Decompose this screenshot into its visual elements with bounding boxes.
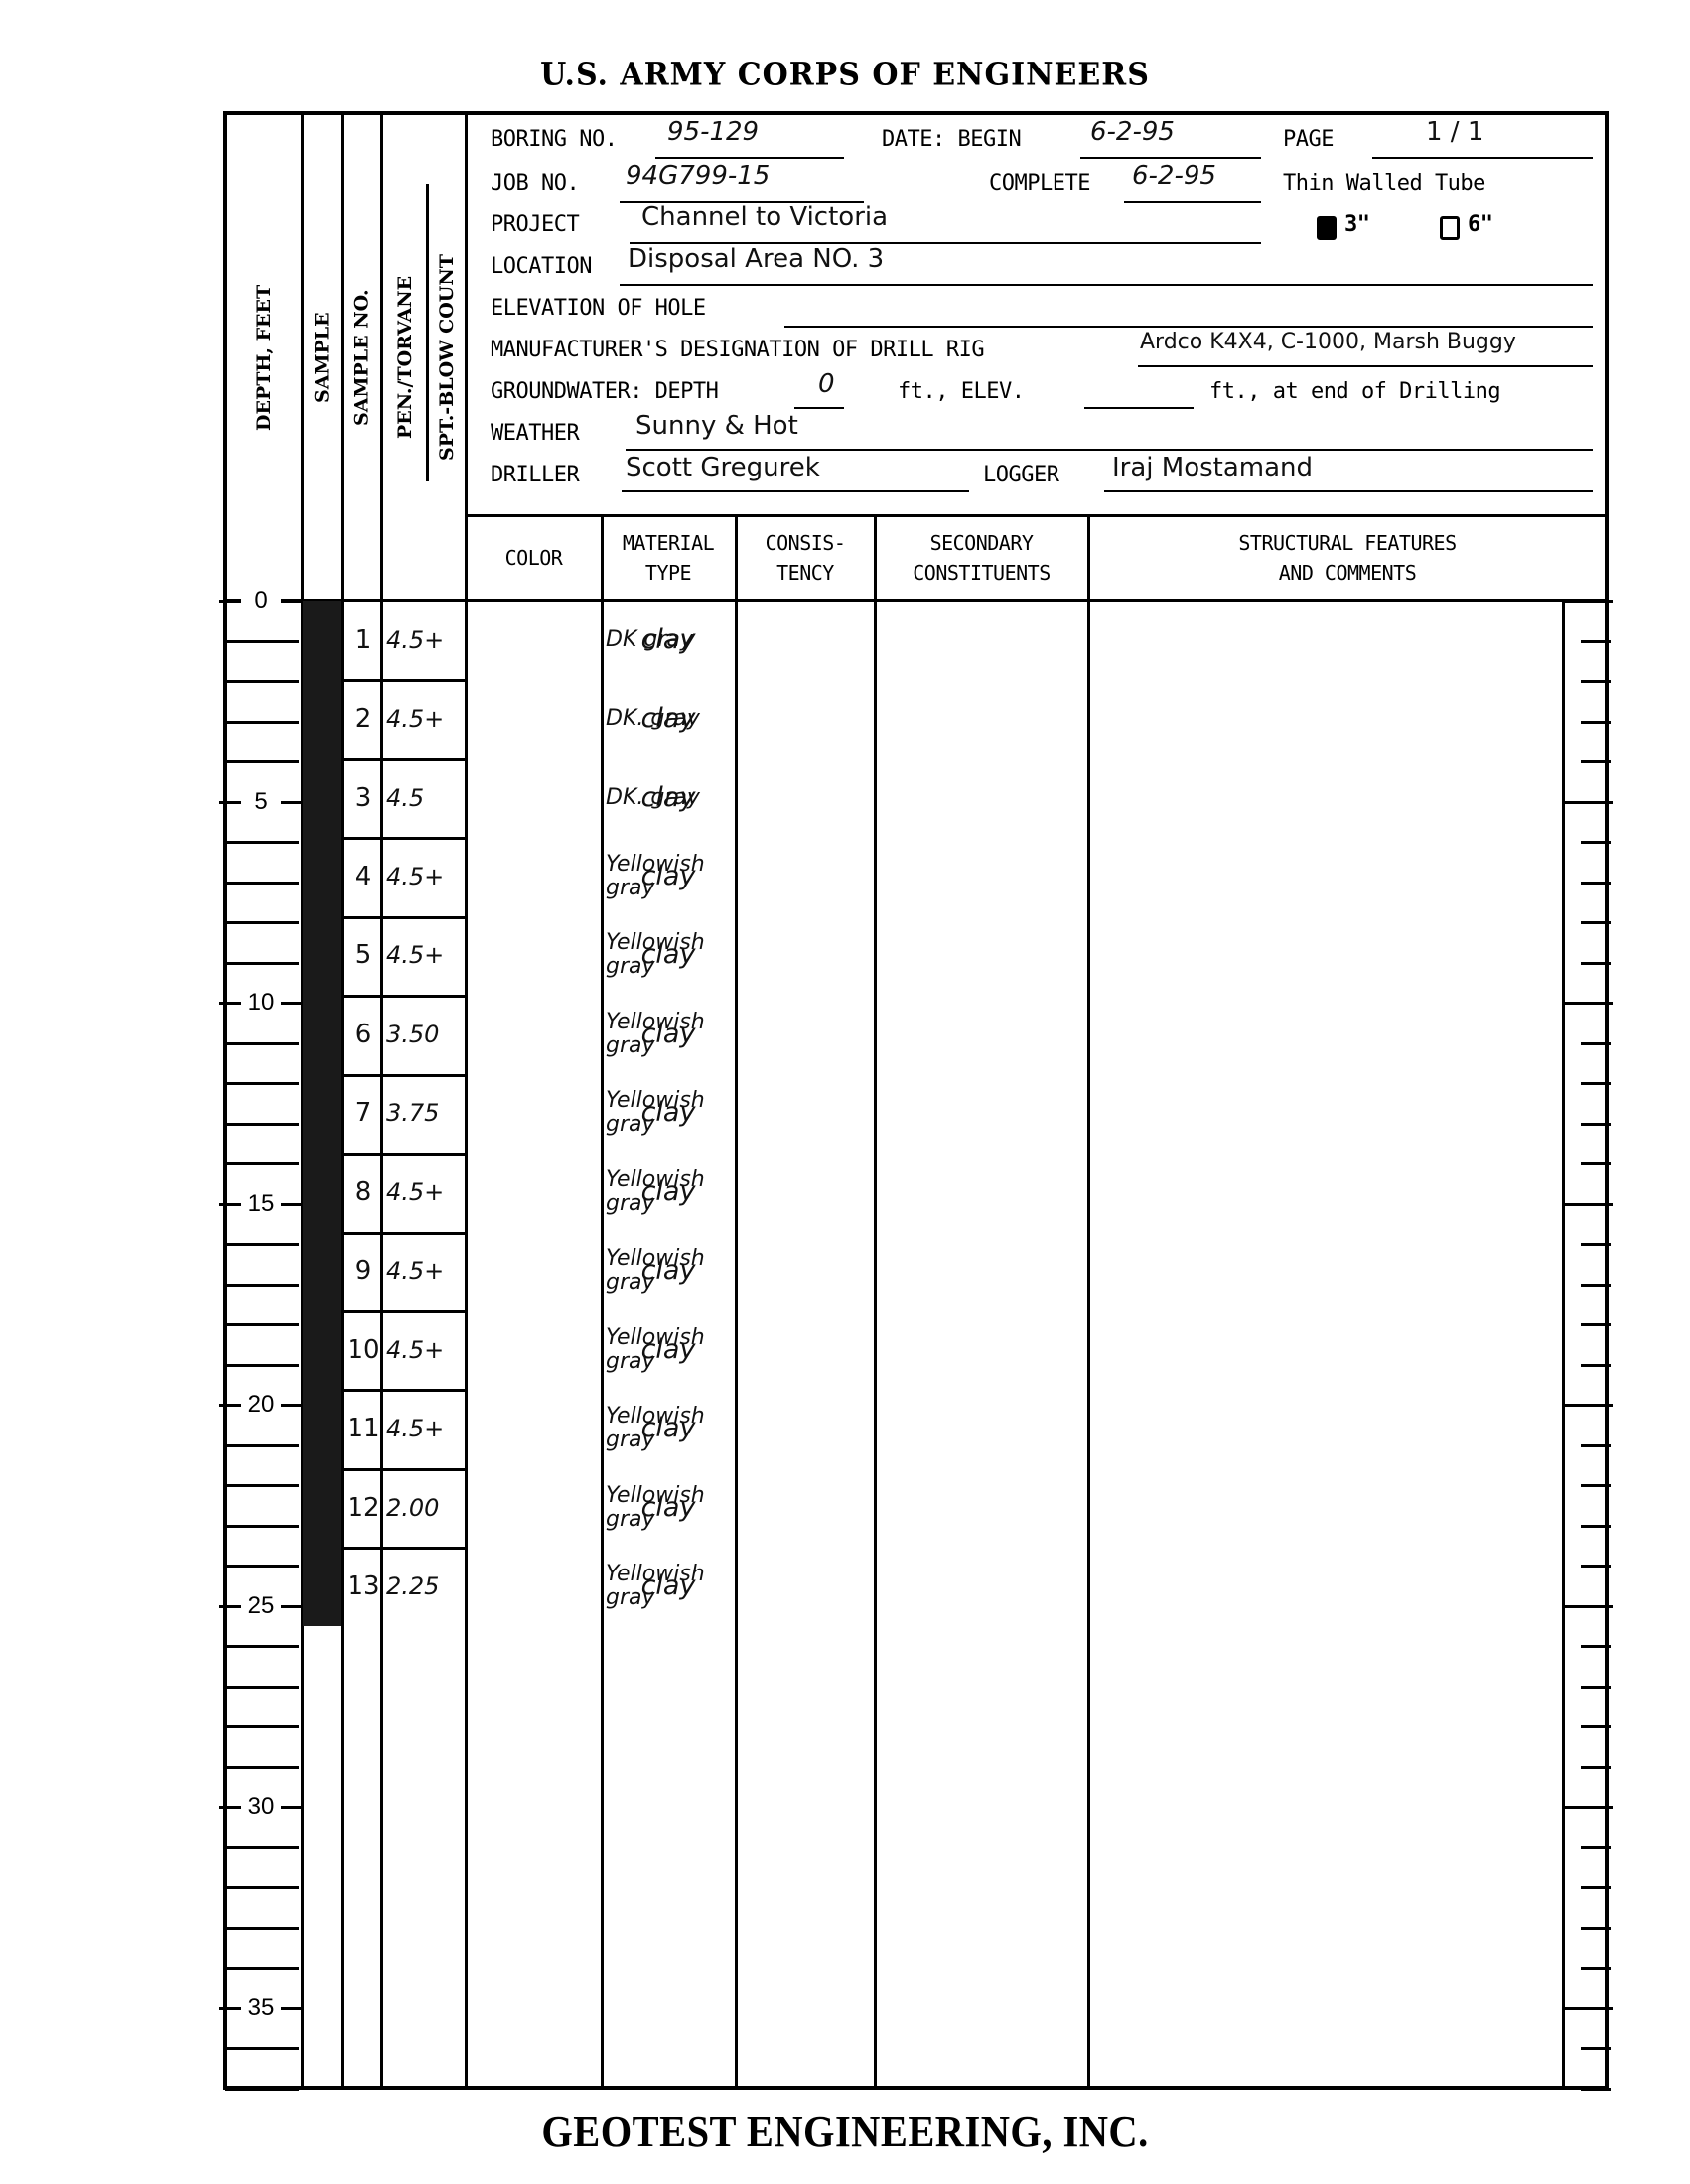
- right-scale-tick: [1581, 1284, 1611, 1287]
- right-scale-tick: [1565, 1605, 1613, 1608]
- tube-6in-checkbox[interactable]: [1440, 216, 1460, 240]
- depth-tick: [225, 1927, 299, 1930]
- weather-value[interactable]: Sunny & Hot: [635, 411, 798, 441]
- depth-tick: [225, 2088, 299, 2091]
- right-scale-tick: [1581, 1323, 1611, 1326]
- material-type-value: clay: [602, 1178, 735, 1206]
- depth-tick: [225, 1243, 299, 1246]
- weather-label: WEATHER: [491, 421, 579, 446]
- material-type-value: clay: [602, 1415, 735, 1442]
- depth-tick: [225, 1123, 299, 1126]
- page-value: 1 / 1: [1426, 117, 1483, 147]
- sample-number: 5: [346, 941, 381, 969]
- right-scale-tick: [1581, 2047, 1611, 2050]
- right-scale-tick: [1581, 1123, 1611, 1126]
- thin-walled-tube-label: Thin Walled Tube: [1283, 171, 1485, 196]
- divider-material: [735, 516, 738, 2090]
- pen-value: 4.5+: [386, 1415, 466, 1442]
- tube-6in-label: 6": [1468, 212, 1493, 237]
- sample-number: 9: [346, 1257, 381, 1285]
- logger-label: LOGGER: [983, 463, 1058, 487]
- sample-number: 8: [346, 1178, 381, 1206]
- boring-no-value[interactable]: 95-129: [667, 117, 759, 147]
- right-scale-tick: [1581, 882, 1611, 885]
- depth-tick: [225, 640, 299, 643]
- depth-tick: [225, 1766, 299, 1769]
- groundwater-depth-underline: [794, 407, 844, 409]
- right-scale-tick: [1565, 2007, 1613, 2010]
- form-title: U.S. ARMY CORPS OF ENGINEERS: [0, 57, 1690, 93]
- header-separator: [465, 514, 1609, 517]
- pen-value: 2.00: [386, 1494, 466, 1522]
- sample-number: 4: [346, 863, 381, 890]
- right-scale-tick: [1565, 1002, 1613, 1005]
- groundwater-depth-value[interactable]: 0: [818, 369, 835, 399]
- location-value[interactable]: Disposal Area NO. 3: [628, 244, 884, 274]
- right-scale-tick: [1581, 921, 1611, 924]
- material-type-value: clay: [602, 863, 735, 890]
- depth-tick: [225, 1967, 299, 1970]
- page-label: PAGE: [1283, 127, 1334, 152]
- depth-column-header: DEPTH, FEET: [227, 119, 301, 596]
- depth-label: 10: [241, 989, 281, 1017]
- divider-secondary: [1087, 516, 1090, 2090]
- sample-core-bar: [303, 601, 341, 1626]
- groundwater-end-label: ft., at end of Drilling: [1209, 379, 1500, 404]
- right-scale-tick: [1581, 1725, 1611, 1728]
- depth-tick: [225, 1725, 299, 1728]
- material-type-value: clay: [602, 784, 735, 812]
- depth-tick: [225, 721, 299, 724]
- pen-value: 4.5+: [386, 626, 466, 654]
- right-scale-tick: [1581, 2088, 1611, 2091]
- groundwater-depth-label: GROUNDWATER: DEPTH: [491, 379, 718, 404]
- column-header-separator: [223, 599, 1609, 602]
- right-scale-tick: [1581, 1927, 1611, 1930]
- depth-tick: [225, 1042, 299, 1045]
- depth-tick: [225, 841, 299, 844]
- drill-rig-value[interactable]: Ardco K4X4, C-1000, Marsh Buggy: [1140, 330, 1516, 354]
- right-scale-tick: [1581, 1082, 1611, 1085]
- driller-value[interactable]: Scott Gregurek: [626, 453, 820, 482]
- sample-divider: [343, 1468, 467, 1471]
- right-scale-tick: [1581, 1243, 1611, 1246]
- tube-3in-checkbox[interactable]: [1317, 216, 1337, 240]
- sample-divider: [343, 1232, 467, 1235]
- right-scale-tick: [1565, 1806, 1613, 1809]
- location-underline: [620, 284, 1593, 286]
- depth-tick: [225, 1645, 299, 1648]
- depth-label: 5: [241, 788, 281, 816]
- pen-value: 3.50: [386, 1021, 466, 1048]
- date-begin-underline: [1080, 157, 1261, 159]
- material-type-column-header: MATERIAL TYPE: [602, 518, 735, 598]
- elevation-underline: [784, 326, 1593, 328]
- depth-tick: [225, 962, 299, 965]
- depth-tick: [225, 1323, 299, 1326]
- pen-value: 4.5+: [386, 705, 466, 733]
- secondary-constituents-column-header: SECONDARY CONSTITUENTS: [876, 518, 1087, 598]
- material-type-value: clay: [602, 1336, 735, 1364]
- depth-label: 30: [241, 1793, 281, 1821]
- right-scale-tick: [1581, 1484, 1611, 1487]
- complete-value[interactable]: 6-2-95: [1132, 161, 1216, 191]
- company-footer: GEOTEST ENGINEERING, INC.: [68, 2107, 1622, 2157]
- driller-underline: [622, 490, 969, 492]
- pen-value: 3.75: [386, 1099, 466, 1127]
- color-column-header: COLOR: [467, 518, 601, 598]
- depth-tick: [225, 1886, 299, 1889]
- pen-value: 4.5+: [386, 1178, 466, 1206]
- pen-value: 4.5+: [386, 1336, 466, 1364]
- material-type-value: clay: [602, 1021, 735, 1048]
- logger-underline: [1104, 490, 1593, 492]
- depth-tick: [225, 680, 299, 683]
- material-type-value: clay: [602, 705, 735, 733]
- job-no-label: JOB NO.: [491, 171, 579, 196]
- date-begin-value[interactable]: 6-2-95: [1090, 117, 1175, 147]
- right-scale-tick: [1581, 1686, 1611, 1689]
- sample-number: 2: [346, 705, 381, 733]
- right-scale-tick: [1581, 721, 1611, 724]
- depth-tick: [225, 1525, 299, 1528]
- right-scale-tick: [1565, 600, 1613, 603]
- driller-label: DRILLER: [491, 463, 579, 487]
- right-scale-tick: [1581, 640, 1611, 643]
- material-type-value: clay: [602, 1257, 735, 1285]
- right-scale-tick: [1581, 841, 1611, 844]
- depth-label: 15: [241, 1190, 281, 1218]
- depth-tick: [225, 1364, 299, 1367]
- pen-value: 4.5+: [386, 1257, 466, 1285]
- logger-value[interactable]: Iraj Mostamand: [1112, 453, 1313, 482]
- page-underline: [1372, 157, 1593, 159]
- right-scale-tick: [1565, 1203, 1613, 1206]
- depth-tick: [225, 1082, 299, 1085]
- depth-label: 0: [241, 587, 281, 614]
- job-no-value[interactable]: 94G799-15: [626, 161, 770, 191]
- sample-divider: [343, 916, 467, 919]
- structural-features-column-header: STRUCTURAL FEATURES AND COMMENTS: [1089, 518, 1606, 598]
- right-scale-tick: [1581, 1846, 1611, 1849]
- sample-number: 13: [346, 1572, 381, 1600]
- pen-value: 4.5+: [386, 941, 466, 969]
- sample-divider: [343, 1074, 467, 1077]
- consistency-column-header: CONSIS- TENCY: [737, 518, 874, 598]
- depth-label: 35: [241, 1994, 281, 2022]
- sample-divider: [343, 1153, 467, 1156]
- pen-value: 4.5: [386, 784, 466, 812]
- depth-tick: [225, 1284, 299, 1287]
- sample-number: 3: [346, 784, 381, 812]
- date-begin-label: DATE: BEGIN: [882, 127, 1021, 152]
- sample-divider: [343, 1547, 467, 1550]
- right-scale-tick: [1581, 1766, 1611, 1769]
- complete-label: COMPLETE: [989, 171, 1090, 196]
- divider-right-scale: [1562, 601, 1565, 2090]
- pen-value: 2.25: [386, 1572, 466, 1600]
- sample-divider: [343, 1389, 467, 1392]
- tube-3in-label: 3": [1344, 212, 1370, 237]
- right-scale-tick: [1581, 1967, 1611, 1970]
- sample-number: 7: [346, 1099, 381, 1127]
- material-type-value: clay: [602, 626, 735, 654]
- depth-label: 25: [241, 1592, 281, 1620]
- sample-number: 10: [346, 1336, 381, 1364]
- depth-tick: [225, 1162, 299, 1165]
- depth-tick: [225, 1686, 299, 1689]
- divider-consistency: [874, 516, 877, 2090]
- elevation-label: ELEVATION OF HOLE: [491, 296, 706, 321]
- boring-no-label: BORING NO.: [491, 127, 617, 152]
- right-scale-tick: [1581, 1645, 1611, 1648]
- depth-tick: [225, 760, 299, 763]
- sample-divider: [343, 679, 467, 682]
- complete-underline: [1124, 201, 1261, 203]
- sample-no-column-header: SAMPLE NO.: [344, 119, 380, 596]
- sample-number: 6: [346, 1021, 381, 1048]
- sample-column-header: SAMPLE: [304, 119, 341, 596]
- groundwater-elev-label: ft., ELEV.: [898, 379, 1024, 404]
- sample-number: 12: [346, 1494, 381, 1522]
- right-scale-tick: [1565, 801, 1613, 804]
- pen-torvane-header: PEN./TORVANE: [385, 119, 425, 596]
- right-scale-tick: [1581, 680, 1611, 683]
- depth-tick: [225, 1565, 299, 1568]
- depth-tick: [225, 1846, 299, 1849]
- sample-divider: [343, 995, 467, 998]
- material-type-value: clay: [602, 1494, 735, 1522]
- right-scale-tick: [1581, 1886, 1611, 1889]
- material-type-value: clay: [602, 1572, 735, 1600]
- depth-tick: [225, 921, 299, 924]
- sample-number: 1: [346, 626, 381, 654]
- sample-divider: [343, 758, 467, 761]
- depth-tick: [225, 2047, 299, 2050]
- depth-label: 20: [241, 1391, 281, 1419]
- weather-underline: [626, 449, 1593, 451]
- pen-value: 4.5+: [386, 863, 466, 890]
- depth-tick: [225, 882, 299, 885]
- right-scale-tick: [1581, 1042, 1611, 1045]
- material-type-value: clay: [602, 1099, 735, 1127]
- right-scale-tick: [1581, 962, 1611, 965]
- location-label: LOCATION: [491, 254, 592, 279]
- project-label: PROJECT: [491, 212, 579, 237]
- drill-rig-label: MANUFACTURER'S DESIGNATION OF DRILL RIG: [491, 338, 984, 362]
- boring-no-underline: [655, 157, 844, 159]
- spt-blow-count-header: SPT.-BLOW COUNT: [429, 119, 465, 596]
- depth-tick: [225, 1484, 299, 1487]
- right-scale-tick: [1581, 1525, 1611, 1528]
- project-value[interactable]: Channel to Victoria: [641, 203, 888, 232]
- divider-color: [601, 516, 604, 2090]
- sample-divider: [343, 837, 467, 840]
- sample-number: 11: [346, 1415, 381, 1442]
- depth-tick: [225, 1444, 299, 1447]
- material-type-value: clay: [602, 941, 735, 969]
- right-scale-tick: [1581, 1364, 1611, 1367]
- groundwater-elev-underline: [1084, 407, 1194, 409]
- sample-divider: [343, 1310, 467, 1313]
- right-scale-tick: [1581, 1565, 1611, 1568]
- right-scale-tick: [1581, 1162, 1611, 1165]
- right-scale-tick: [1581, 760, 1611, 763]
- right-scale-tick: [1565, 1404, 1613, 1407]
- drill-rig-underline: [1138, 365, 1593, 367]
- right-scale-tick: [1581, 1444, 1611, 1447]
